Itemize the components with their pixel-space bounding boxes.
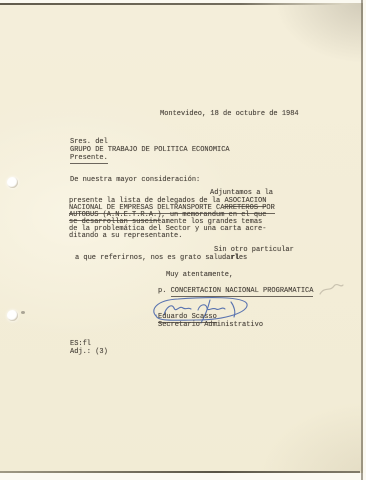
recipient-line-2: GRUPO DE TRABAJO DE POLITICA ECONOMICA	[70, 146, 230, 154]
closing-line-1: Sin otro particular	[214, 246, 294, 254]
date-line: Montevideo, 18 de octubre de 1984	[160, 110, 299, 118]
ink-speck	[21, 311, 25, 314]
closing-line-2-post: es	[239, 254, 247, 262]
body-line-6: ditando a su representante.	[69, 232, 182, 240]
scan-edge-bottom-white	[0, 473, 366, 480]
closing-line-3: Muy atentamente,	[166, 271, 233, 279]
attachments-note: Adj.: (3)	[70, 348, 108, 356]
punch-hole-icon	[7, 310, 18, 321]
signer-title: Secretario Administrativo	[158, 321, 263, 329]
recipient-line-1: Sres. del	[70, 138, 108, 146]
typist-initials: ES:fl	[70, 340, 91, 348]
signer-name: Eduardo Scasso	[158, 313, 217, 321]
scan-edge-top-dark	[0, 3, 344, 5]
recipient-presente: Presente.	[70, 154, 108, 164]
recipient-line-3: Presente.	[70, 154, 108, 162]
overstrike-correction: rl	[230, 254, 238, 262]
pencil-mark	[318, 282, 344, 298]
scanned-letter-page: Montevideo, 18 de octubre de 1984 Sres. …	[0, 0, 366, 480]
closing-line-2: a que referirnos, nos es grato saludarle…	[75, 254, 247, 262]
salutation: De nuestra mayor consideración:	[70, 176, 200, 184]
closing-line-2-pre: a que referirnos, nos es grato saluda	[75, 254, 230, 262]
punch-hole-icon	[7, 177, 18, 188]
body-indent-line: Adjuntamos a la	[210, 189, 273, 197]
